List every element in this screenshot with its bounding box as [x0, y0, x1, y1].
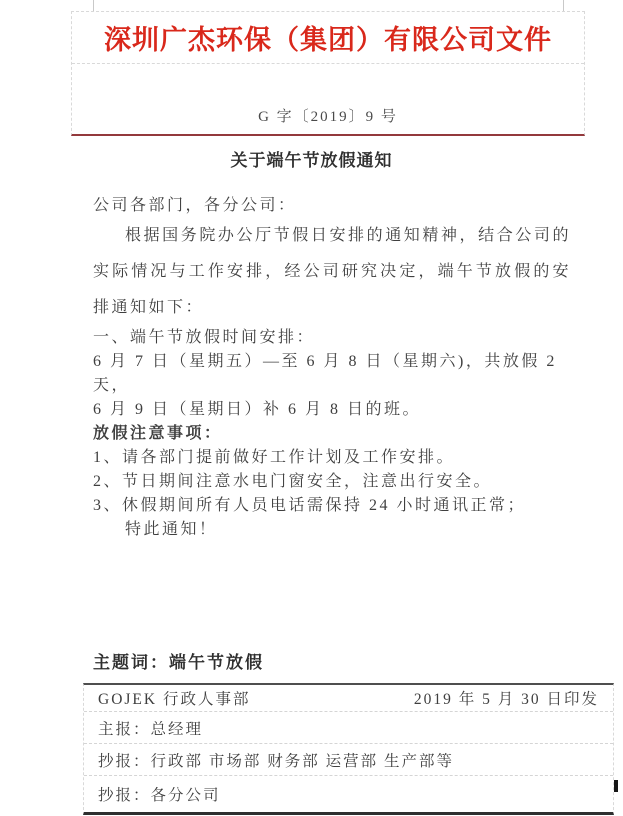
text-boundary-mark-left [93, 0, 94, 11]
table-row-main-report: 主报：总经理 [84, 712, 613, 744]
company-title: 深圳广杰环保（集团）有限公司文件 [104, 18, 552, 57]
issuer-department: GOJEK 行政人事部 [98, 687, 250, 709]
note-item-3: 3、休假期间所有人员电话需保持 24 小时通讯正常； [93, 494, 571, 518]
holiday-dates-line-1: 6 月 7 日（星期五）—至 6 月 8 日（星期六)，共放假 2 天， [93, 350, 571, 398]
closing-line: 特此通知！ [93, 518, 571, 542]
copy-report-departments-value: 抄报：行政部 市场部 财务部 运营部 生产部等 [98, 749, 454, 771]
notes-heading: 放假注意事项： [93, 422, 571, 446]
note-item-1: 1、请各部门提前做好工作计划及工作安排。 [93, 446, 571, 470]
copy-report-branches-value: 抄报：各分公司 [98, 783, 221, 805]
text-boundary-mark-right [563, 0, 564, 11]
scan-cursor-artifact [614, 780, 618, 792]
table-row-issuer: GOJEK 行政人事部 2019 年 5 月 30 日印发 [84, 685, 613, 712]
document-page: 深圳广杰环保（集团）有限公司文件 G 字〔2019〕9 号 关于端午节放假通知 … [0, 0, 623, 816]
salutation: 公司各部门，各分公司： [93, 194, 571, 218]
table-row-copy-report-branches: 抄报：各分公司 [84, 776, 613, 812]
main-report-value: 主报：总经理 [98, 717, 203, 739]
document-number: G 字〔2019〕9 号 [258, 105, 398, 126]
table-row-copy-report-departments: 抄报：行政部 市场部 财务部 运营部 生产部等 [84, 744, 613, 776]
notice-title: 关于端午节放假通知 [0, 146, 623, 171]
print-date: 2019 年 5 月 30 日印发 [414, 687, 599, 709]
letterhead-box: 深圳广杰环保（集团）有限公司文件 G 字〔2019〕9 号 [71, 11, 585, 136]
distribution-table: GOJEK 行政人事部 2019 年 5 月 30 日印发 主报：总经理 抄报：… [83, 683, 614, 815]
notice-body: 公司各部门，各分公司： 根据国务院办公厅节假日安排的通知精神，结合公司的实际情况… [93, 194, 571, 542]
intro-paragraph: 根据国务院办公厅节假日安排的通知精神，结合公司的实际情况与工作安排，经公司研究决… [93, 218, 571, 326]
subject-keywords: 主题词：端午节放假 [93, 648, 264, 673]
document-number-row: G 字〔2019〕9 号 [72, 64, 584, 134]
letterhead-title-row: 深圳广杰环保（集团）有限公司文件 [72, 12, 584, 64]
section-heading-holiday-time: 一、端午节放假时间安排： [93, 326, 571, 350]
note-item-2: 2、节日期间注意水电门窗安全，注意出行安全。 [93, 470, 571, 494]
holiday-dates-line-2: 6 月 9 日（星期日）补 6 月 8 日的班。 [93, 398, 571, 422]
